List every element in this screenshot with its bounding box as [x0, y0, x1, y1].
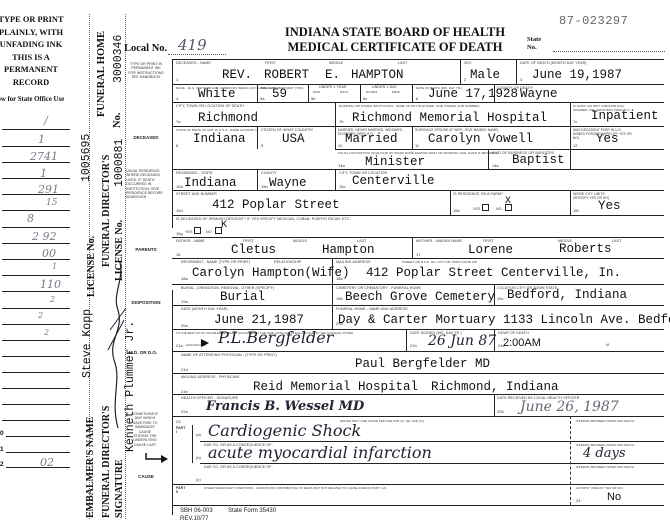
deceased-title[interactable]: REV. — [222, 68, 252, 82]
office-line — [6, 452, 70, 453]
office-line — [2, 227, 70, 228]
section-md-or-do: M.D. OR D.O. — [128, 350, 158, 356]
item-number: 12 — [573, 143, 577, 148]
office-code: 291 — [38, 183, 59, 196]
page-title: INDIANA STATE BOARD OF HEALTH MEDICAL CE… — [262, 25, 528, 55]
funeral-director-license-no: 1000881 — [113, 139, 126, 187]
label-part1: PART I — [176, 426, 186, 434]
item-number: 15c — [339, 184, 345, 189]
instruction-line: PERMANENT — [0, 64, 68, 77]
item-number: 17 — [416, 252, 420, 257]
item-number: 2 — [464, 77, 466, 82]
rule — [257, 126, 258, 149]
funeral-home-field[interactable]: Day & Carter Mortuary 1133 Lincoln Ave. … — [338, 313, 670, 327]
office-code: 1 — [38, 133, 45, 146]
office-line — [2, 243, 70, 244]
office-code: 2 — [50, 295, 55, 304]
state-form: State Form 35430 — [228, 508, 276, 514]
office-line — [2, 420, 70, 421]
date-received-field[interactable]: June 26, 1987 — [520, 399, 619, 415]
label-middle: MIDDLE — [329, 61, 343, 65]
item-number: 24 — [576, 498, 580, 503]
marital-field[interactable]: Married — [345, 132, 398, 146]
state-no-label: State No. — [527, 36, 551, 52]
rule — [460, 59, 461, 84]
street-field[interactable]: 412 Poplar Street — [212, 198, 340, 212]
funeral-home-label: FUNERAL HOME — [96, 31, 107, 117]
sex-field[interactable]: Male — [470, 68, 500, 82]
label-mother: MOTHER - MAIDEN NAME — [416, 239, 462, 243]
cause-b-interval-field[interactable]: 4 days — [583, 446, 626, 461]
label-street: STREET AND NUMBER — [176, 192, 217, 196]
office-line — [2, 259, 70, 260]
mother-last-field[interactable]: Roberts — [559, 242, 612, 256]
rule — [335, 102, 336, 126]
state-of-birth-field[interactable]: Indiana — [193, 132, 246, 146]
item-number: 8 — [176, 143, 178, 148]
title-line-2: MEDICAL CERTIFICATE OF DEATH — [262, 40, 528, 55]
deceased-last-name[interactable]: HAMPTON — [351, 68, 404, 82]
label-mailing-sub: STREET OR R.F.D. NO. CITY OR TOWN STATE … — [402, 260, 477, 264]
item-number: 15a — [176, 184, 183, 189]
location-field[interactable]: Bedford, Indiana — [507, 288, 627, 302]
item-number: (a) — [196, 432, 201, 437]
pointer-triangle-icon — [200, 338, 210, 348]
rule — [360, 84, 361, 102]
label-physician: NAME OF ATTENDING PHYSICIAN - (Type or p… — [181, 353, 277, 357]
physician-field[interactable]: Paul Bergfelder MD — [355, 357, 490, 371]
label-mother-last: LAST — [612, 239, 621, 243]
label-hospital: HOSPITAL OR OTHER INSTITUTION - Name (If… — [339, 104, 480, 108]
citizen-field[interactable]: USA — [282, 132, 305, 146]
rule — [172, 505, 664, 506]
rule — [412, 126, 413, 149]
license-no: 1005695 — [80, 134, 93, 182]
item-number: 23 — [176, 419, 180, 424]
office-line — [2, 275, 70, 276]
office-code: 2 92 — [32, 230, 57, 243]
label-farm-no: NO — [496, 207, 502, 211]
label-informant: INFORMANT - NAME (Type or print) — [181, 260, 250, 264]
item-number: 3 — [520, 77, 522, 82]
label-mins: MINS — [392, 90, 400, 94]
city-limits-field[interactable]: Yes — [598, 199, 621, 213]
item-number: 19b — [336, 296, 343, 301]
item-number: 21d — [181, 367, 188, 372]
item-number: 15d — [176, 208, 183, 213]
spouse-field[interactable]: Carolyn Vowell — [428, 132, 533, 146]
left-instructions: TYPE OR PRINT PLAINLY, WITH UNFADING INK… — [0, 14, 68, 90]
row-number: 0 — [0, 430, 4, 437]
border — [172, 290, 173, 515]
res-county-field[interactable]: Wayne — [269, 176, 307, 190]
label-res-county: COUNTY — [261, 171, 277, 175]
rule — [570, 416, 571, 505]
state-no-line — [553, 51, 665, 52]
office-code: / — [44, 114, 48, 127]
item-number: (c) — [196, 477, 201, 482]
office-code: 1 — [52, 262, 57, 271]
office-code: 02 — [40, 456, 54, 469]
rule — [172, 258, 664, 259]
date-signed-field[interactable]: 26 Jun 87 — [428, 333, 496, 349]
rule — [257, 169, 258, 190]
label-under-1-day: UNDER 1 DAY — [372, 85, 397, 89]
label-physician-address: MAILING ADDRESS - PHYSICIAN — [181, 375, 239, 379]
autopsy-field[interactable]: No — [607, 491, 621, 503]
item-number: 22b — [497, 409, 504, 414]
conditions-note: CONDITIONS IF ANY WHICH GAVE RISE TO IMM… — [131, 412, 159, 447]
form-code: SBH 06-003 — [180, 508, 213, 514]
item-number: 19c — [497, 296, 503, 301]
hosp-status-field[interactable]: Inpatient — [591, 109, 659, 123]
state-no: 87-023297 — [559, 14, 628, 28]
form-revision: REV.10/77 — [180, 516, 208, 522]
cause-a-field[interactable]: Cardiogenic Shock — [208, 421, 361, 440]
label-relationship: RELATIONSHIP — [274, 260, 301, 264]
item-number: 5a — [260, 96, 264, 101]
item-number: 22a — [181, 409, 188, 414]
cause-b-field[interactable]: acute myocardial infarction — [208, 443, 432, 462]
type-note: TYPE OR PRINT IN PERMANENT INK FOR INSTR… — [128, 62, 164, 80]
item-number: 11 — [415, 143, 419, 148]
label-other-conditions: OTHER SIGNIFICANT CONDITIONS - Condition… — [204, 486, 387, 490]
local-no-line — [168, 54, 226, 55]
office-line — [2, 308, 70, 309]
rule — [172, 394, 664, 395]
funeral-home-no: 3000346 — [112, 35, 125, 83]
label-sex: SEX — [464, 61, 472, 65]
label-father: FATHER - NAME — [176, 239, 205, 243]
office-code: 2 — [38, 311, 43, 320]
office-line — [2, 324, 70, 325]
rule — [450, 190, 451, 215]
label-due-to-b: DUE TO, OR AS A CONSEQUENCE OF: — [204, 465, 273, 469]
license-label: LICENSE No. — [86, 236, 97, 297]
rule — [308, 84, 309, 102]
physician-city-field[interactable]: Richmond, Indiana — [431, 380, 559, 394]
item-number: 21a — [176, 343, 183, 348]
embalmer-name: Steve Kopp — [81, 309, 94, 378]
farm-yes-checkbox[interactable] — [482, 204, 489, 211]
instruction-line: UNFADING INK — [0, 39, 68, 52]
residence-note: USUAL RESIDENCE WHERE DECEASED LIVED. IF… — [126, 169, 168, 200]
instruction-line: PLAINLY, WITH — [0, 27, 68, 40]
item-number: 6 — [416, 96, 418, 101]
office-line — [2, 372, 70, 373]
age-field[interactable]: 59 — [272, 87, 287, 101]
label-farm-yes: YES — [473, 207, 481, 211]
rule — [172, 416, 664, 417]
label-m: M — [606, 343, 609, 347]
label-autopsy: AUTOPSY (Specify Yes or No) — [576, 486, 623, 490]
item-number: 15e — [453, 208, 460, 213]
form-footer: SBH 06-003 State Form 35430 REV.10/77 — [180, 508, 276, 523]
item-number: 5c — [363, 96, 367, 101]
office-line — [2, 388, 70, 389]
label-mos: MOS — [313, 90, 320, 94]
local-no-label: Local No. — [124, 43, 167, 54]
rule — [172, 190, 664, 191]
item-number: 7b — [339, 119, 343, 124]
label-funeral-home: FUNERAL HOME - NAME AND ADDRESS — [336, 307, 408, 311]
row-number: 1 — [0, 446, 4, 453]
funeral-home-no-label: No. — [112, 113, 123, 128]
label-part2: PART II — [176, 486, 186, 494]
item-number: 7a — [176, 119, 180, 124]
rule — [192, 425, 193, 463]
rule — [570, 102, 571, 169]
label-hour-of-death: HOUR OF DEATH — [498, 331, 529, 335]
item-number: 21b — [410, 343, 417, 348]
rule — [172, 84, 664, 85]
deceased-first-name[interactable]: ROBERT — [264, 68, 309, 82]
office-line — [2, 178, 70, 179]
rule — [335, 149, 664, 150]
item-number: 4 — [176, 96, 178, 101]
border — [172, 60, 173, 228]
row-number: 2 — [0, 461, 4, 468]
instruction-line: RECORD — [0, 77, 68, 90]
rule — [200, 463, 664, 464]
rule — [412, 84, 413, 102]
city-of-death-field[interactable]: Richmond — [198, 111, 258, 125]
section-disposition: DISPOSITION — [126, 300, 166, 305]
local-no: 419 — [178, 36, 207, 54]
label-res-state: RESIDENCE - STATE — [176, 171, 213, 175]
label-spanish: IS DECEASED OF SPANISH DESCENT? IF YES S… — [176, 217, 351, 221]
item-number: 10 — [338, 143, 342, 148]
rule — [172, 237, 664, 238]
office-code: 1 — [40, 167, 47, 180]
funeral-director-label: FUNERAL DIRECTOR'S — [101, 155, 112, 267]
instruction-line: TYPE OR PRINT — [0, 14, 68, 27]
label-hours: HOURS — [366, 90, 377, 94]
item-number: 15b — [261, 184, 268, 189]
rule — [406, 329, 407, 351]
item-number: 5b — [311, 96, 315, 101]
spanish-yes-checkbox[interactable] — [194, 227, 201, 234]
informant-field[interactable]: Carolyn Hampton(Wife) — [192, 266, 350, 280]
office-use-label: Below for State Office Use — [0, 96, 64, 103]
occupation-field[interactable]: Minister — [365, 155, 425, 169]
rule — [172, 284, 664, 285]
rule — [172, 351, 664, 352]
section-cause: CAUSE — [126, 474, 166, 479]
office-code: 110 — [40, 278, 61, 291]
office-code: 8 — [27, 212, 34, 225]
label-under-1-year: UNDER 1 YEAR — [319, 85, 347, 89]
label-burial-date: DATE (MONTH DAY YEAR) — [181, 307, 228, 311]
spanish-no-mark: K — [221, 220, 227, 231]
rule — [172, 215, 664, 216]
certifier-signature[interactable]: P.L.Bergfelder — [218, 328, 333, 347]
office-line — [2, 210, 70, 211]
label-interval-c: Interval between onset and death — [576, 465, 634, 469]
office-line — [2, 194, 70, 195]
rule — [172, 126, 664, 127]
label-interval: Interval between onset and death — [576, 419, 634, 423]
item-number: 7c — [573, 119, 577, 124]
embalmer-label: EMBALMER'S NAME — [85, 417, 96, 518]
date-of-death-field[interactable]: June 19,1987 — [532, 68, 622, 82]
rule — [172, 305, 664, 306]
label-days: DAYS — [340, 90, 348, 94]
label-farm: IS RESIDENCE ON A FARM? — [453, 192, 503, 196]
label-deceased-name: DECEASED - NAME — [176, 61, 211, 65]
cemetery-field[interactable]: Beech Grove Cemetery — [345, 290, 495, 304]
father-last-field[interactable]: Hampton — [322, 243, 375, 257]
item-number: 1 — [176, 77, 178, 82]
label-spanish-yes: YES — [185, 230, 193, 234]
office-line — [2, 146, 70, 147]
label-mailing: MAILING ADDRESS — [336, 260, 370, 264]
health-officer-signature[interactable]: Francis B. Wessel MD — [206, 399, 364, 414]
office-line — [2, 291, 70, 292]
rule — [516, 59, 517, 84]
rule — [335, 126, 336, 149]
date-of-birth-field[interactable]: June 17,1928 — [428, 87, 518, 101]
label-date-of-death: DATE OF DEATH (MONTH DAY YEAR) — [520, 61, 587, 65]
item-number: 21e — [181, 389, 188, 394]
county-of-death-field[interactable]: Wayne — [520, 87, 558, 101]
label-city-of-death: CITY, TOWN OR LOCATION OF DEATH — [176, 104, 244, 108]
office-code: 2 — [44, 328, 49, 337]
res-state-field[interactable]: Indiana — [184, 176, 237, 190]
label-last: LAST — [398, 61, 407, 65]
item-number: (b) — [196, 455, 201, 460]
office-code: 2741 — [30, 150, 58, 163]
item-number: 14a — [338, 163, 345, 168]
item-number: 19a — [181, 299, 188, 304]
item-number: 16 — [176, 252, 180, 257]
office-line — [6, 467, 70, 468]
item-number: 18a — [181, 276, 188, 281]
office-line — [6, 436, 70, 437]
deceased-middle-name[interactable]: E. — [325, 68, 340, 82]
arrow-right-icon — [145, 453, 170, 465]
office-line — [2, 129, 70, 130]
mother-first-field[interactable]: Lorene — [468, 243, 513, 257]
race-field[interactable]: White — [198, 87, 236, 101]
title-line-1: INDIANA STATE BOARD OF HEALTH — [262, 25, 528, 40]
office-line — [2, 340, 70, 341]
item-number: 9 — [261, 143, 263, 148]
item-number: 20a — [181, 323, 188, 328]
rule — [172, 373, 664, 374]
label-father-middle: MIDDLE — [293, 239, 307, 243]
label-first: FIRST — [265, 61, 276, 65]
item-number: 15g — [176, 231, 183, 236]
res-city-field[interactable]: Centerville — [352, 174, 435, 188]
rule — [332, 305, 333, 329]
mailing-field[interactable]: 412 Poplar Street Centerville, In. — [366, 266, 621, 280]
item-number: 15f — [573, 208, 579, 213]
rule — [494, 394, 495, 416]
armed-forces-field[interactable]: Yes — [596, 132, 619, 146]
fd-signature-scrawl — [100, 260, 130, 430]
office-code: 15 — [46, 198, 57, 208]
office-line — [2, 356, 70, 357]
hour-of-death-field[interactable]: 2:00AM — [503, 337, 541, 349]
rule — [570, 190, 571, 215]
farm-no-mark: X — [505, 196, 511, 207]
rule — [335, 169, 336, 190]
rule — [172, 169, 664, 170]
section-deceased: DECEASED — [126, 135, 166, 140]
label-spanish-no: NO — [206, 230, 212, 234]
office-code: 00 — [42, 247, 56, 260]
burial-date-field[interactable]: June 21,1987 — [214, 313, 304, 327]
physician-address-field[interactable]: Reid Memorial Hospital — [253, 380, 418, 394]
section-parents: PARENTS — [126, 247, 166, 252]
rule — [172, 59, 664, 60]
office-line — [2, 404, 70, 405]
industry-field[interactable]: Baptist — [512, 153, 565, 167]
hospital-field[interactable]: Richmond Memorial Hospital — [352, 111, 547, 125]
burial-field[interactable]: Burial — [220, 290, 265, 304]
rule — [412, 237, 413, 258]
rule — [172, 484, 664, 485]
rule — [172, 102, 664, 103]
item-number: 14b — [492, 163, 499, 168]
father-first-field[interactable]: Cletus — [231, 243, 276, 257]
instruction-line: THIS IS A — [0, 52, 68, 65]
rule — [332, 284, 333, 305]
rule — [200, 441, 664, 442]
signature-label: SIGNATURE — [114, 459, 125, 518]
